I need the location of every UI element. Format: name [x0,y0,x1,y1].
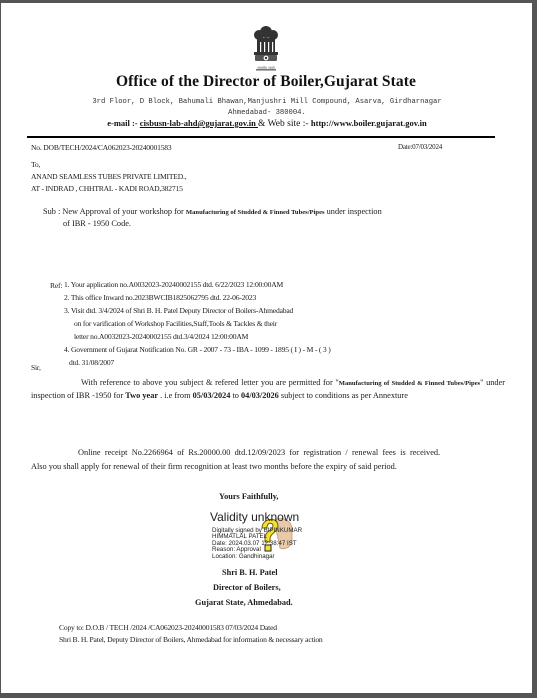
website-label: Web site :- [268,119,311,129]
subject-text: New Approval of your workshop for [62,207,186,216]
office-contact: e-mail :- cisbusn-lab-ahd@gujarat.gov.in… [0,118,534,129]
contact-separator: & [258,119,268,129]
salutation: Sir, [31,363,41,372]
permit-from-date: 05/03/2024 [193,391,231,400]
letter-number: No. DOB/TECH/2024/CA062023-20240001583 [31,143,171,152]
email-link[interactable]: cisbusn-lab-ahd@gujarat.gov.in [140,118,258,128]
renewal-line: Also you shall apply for renewal of thei… [31,462,397,471]
subject-text-tail: under inspection [325,207,382,216]
signatory-title: Director of Boilers, [213,583,281,592]
reference-item: 1. Your application no.A0032023-20240002… [64,280,283,289]
reference-item: 4. Government of Gujarat Notification No… [64,345,331,354]
signatory-office: Gujarat State, Ahmedabad. [195,598,293,607]
reference-item: 2. This office Inward no.2023BWCIB182506… [64,293,256,302]
permit-to-date: 04/03/2026 [241,391,279,400]
addressee-address: AT - INDRAD , CHHTRAL - KADI ROAD,382715 [31,184,183,193]
addressee-name: ANAND SEAMLESS TUBES PRIVATE LIMITED., [31,172,186,181]
permission-paragraph: With reference to above you subject & re… [31,377,505,401]
subject-label: Sub : [43,207,60,216]
reference-item: on for varification of Workshop Faciliti… [74,319,277,328]
subject-item: Manufacturing of Studded & Finned Tubes/… [186,209,325,216]
to-label: To, [31,160,40,169]
email-label: e-mail :- [107,118,140,128]
copy-to-line1: Copy to: D.O.B / TECH /2024 /CA062023-20… [59,623,277,632]
website-link[interactable]: http://www.boiler.gujarat.gov.in [311,118,427,128]
header-divider [27,136,495,138]
para-text: subject to conditions as per Annexture [279,391,408,400]
office-title: Office of the Director of Boiler,Gujarat… [0,73,532,91]
para-text: With reference to above you subject & re… [81,378,339,387]
para-text: . i.e from [158,391,193,400]
signatory-name: Shri B. H. Patel [222,568,278,577]
subject-line: Sub : New Approval of your workshop for … [43,207,382,216]
reference-item: dtd. 31/08/2007 [69,358,114,367]
closing: Yours Faithfully, [219,492,278,501]
subject-line2: of IBR - 1950 Code. [63,219,131,228]
signature-details[interactable]: Digitally signed by BIPINKUMAR HIMMATLAL… [212,528,302,560]
copy-to-line2: Shri B. H. Patel, Deputy Director of Boi… [59,635,323,644]
para-text: to [230,391,241,400]
reference-item: 3. Visit dtd. 3/4/2024 of Shri B. H. Pat… [64,306,293,315]
reference-label: Ref: [50,281,62,290]
office-address-line2: Ahmedabad- 380004. [0,109,534,117]
permitted-item: Manufacturing of Studded & Finned Tubes/… [339,380,480,387]
signature-location: Location: Gandhinagar [212,554,302,560]
reference-item: letter no.A0032023-20240002155 dtd.3/4/2… [74,332,248,341]
letter-date: Date:07/03/2024 [398,143,442,151]
signature-validity-status[interactable]: Validity unknown [210,510,299,524]
permit-duration: Two year [125,391,158,400]
office-address-line1: 3rd Floor, D Block, Bahumali Bhawan,Manj… [0,98,534,106]
receipt-line: Online receipt No.2266964 of Rs.20000.00… [78,448,440,457]
emblem-motto: सत्यमेव जयते [249,66,283,71]
